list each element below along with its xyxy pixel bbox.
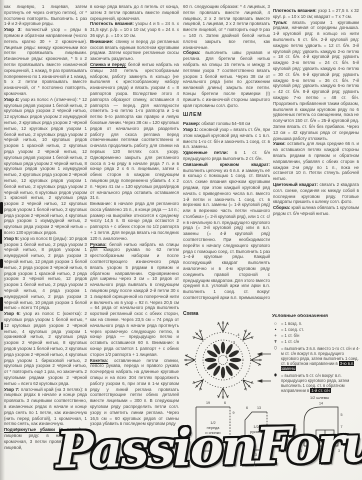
svg-text:6: 6 [246,406,248,410]
paragraph-lead: Узор 7: [4,387,19,392]
text-column-3: 60 п. следующим образом: * 4 лицевых, 3 … [183,4,270,312]
paragraph: 60 п. следующим образом: * 4 лицевых, 3 … [183,4,270,50]
svg-text:6: 6 [224,401,226,405]
stitch-symbol-icon: • [272,327,279,332]
paragraph: Узор 6: узор из полос С (кокетка): 2 кру… [4,311,87,386]
paragraph: Узор 3: волнистый узор = ряды в прямом и… [4,27,87,97]
legend-heading: Условные обозначения [272,314,360,319]
scan-artifact [0,259,3,268]
paragraph: Рукава: белой нитью набрать на спицы для… [90,242,179,358]
paragraph: Плотность вязания: узоры 4 и 5 = 24 п. х… [90,21,179,38]
paragraph: Узор 5: узор из полос В (ряды): 10 рядов… [4,236,87,311]
legend-item: Ŧ= 1 ст. с/н [272,339,360,344]
paragraph-lead: Удвоенные петли: [183,150,228,155]
paragraph-lead: Цветочный квадрат: [273,182,318,187]
magazine-page: как лицевую, 1 лицевая, затем протянуть … [0,0,362,480]
paragraph-lead: Ушки: [273,141,286,146]
paragraph-lead: Сборка: [273,205,290,210]
text-column-1: как лицевую, 1 лицевая, затем протянуть … [4,4,87,476]
paragraph-lead: Связанный крючком квадрат: [183,162,270,167]
paragraph-lead: Узор 6: [4,311,21,316]
legend-item-text: = выполнить 3 в.п. вместо 1-го ст. с/н и… [281,346,360,372]
scan-artifact [1,322,3,330]
paragraph: Связанный крючком квадрат: выполнить цеп… [183,162,270,301]
legend-item-text: = 1 возд. п. [281,321,360,326]
scan-artifact [0,202,3,214]
paragraph-lead: Сборка: [183,50,200,55]
scan-artifact [0,297,3,311]
stitch-symbol-icon: + [272,333,279,338]
paragraph: Узор 4: узор из полос А (отмечено): * 12… [4,97,87,236]
legend-item-text: = 1 соед. ст. [281,327,360,332]
highlighted-phrase: 3-ю в.п. замены [281,361,354,371]
paragraph: Внимание: спинку и перед до регланных ск… [90,39,179,62]
paragraph: Ушки: оставить для лица средние 66 п. и … [273,141,359,182]
paragraph-lead: Узор 5: [4,236,19,241]
paragraph-lead: Плотность вязания: [90,21,134,26]
svg-text:14: 14 [319,402,323,406]
paragraph-lead: Кокетка: [90,358,108,363]
crochet-chart: 1 2 3 4 [179,318,273,402]
highlighted-phrase: 1-й ст. с/н [310,388,330,393]
paragraph: Узор 1: основной узор = вязать ст. б/н, … [183,127,270,150]
legend-item: += 1 ст. б/н [272,333,360,338]
paragraph: Удвоенные петли: в 1 ст. б/н предыдущего… [183,150,270,162]
svg-text:1/2 шлемы: 1/2 шлемы [310,396,329,400]
paragraph-lead: Внимание: [90,39,113,44]
paragraph: Внимание: в начале ряда для регланного с… [90,201,179,242]
paragraph-lead: Спинка и перед: [90,62,126,67]
paragraph: Сборка: выполнить швы рукавов и реглана.… [183,50,270,108]
row-pointer-arrows [258,353,271,383]
paragraph: Цветочный квадрат: связать 2 квадрата со… [273,182,359,205]
paragraph-lead: Рукава: [90,242,107,247]
paragraph-lead: Узор 1: [183,127,198,132]
paragraph: Спинка и перед: белой нитью набрать на с… [90,62,179,201]
chart-petals [205,342,242,379]
section-heading: ШЛЕМ [183,113,270,119]
svg-text:4: 4 [238,333,240,337]
paragraph-lead: Размер: [183,121,200,126]
legend-item-text: = 1 ст. с/н [281,339,360,344]
legend-item: ○= 1 возд. п. [272,321,360,326]
text-column-2: в конце ряда вязать до 4 петель от конца… [90,4,179,450]
legend-items: ○= 1 возд. п.•= 1 соед. ст.+= 1 ст. б/нŦ… [272,321,360,394]
paragraph-lead: Узор 4: [4,97,19,102]
stitch-symbol-icon: ● [272,373,279,401]
legend-item: •= 1 соед. ст. [272,327,360,332]
legend-item: ○= выполнить 3 в.п. вместо 1-го ст. с/н … [272,346,360,372]
svg-text:13: 13 [257,406,261,410]
paragraph: Кокетка: оставленные петли спинки, левог… [90,358,179,428]
text-column-4: Плотность вязания: узор 1 = 27,5 п. х 32… [273,8,359,312]
svg-text:19: 19 [206,401,210,405]
legend-item-text: = выполнить 5 ст. с/н вокруг в.п. предыд… [281,373,360,394]
svg-text:2: 2 [229,348,231,352]
paragraph-lead: Плотность вязания: [273,8,317,13]
svg-text:3: 3 [233,341,235,345]
legend-item: ●= выполнить 5 ст. с/н вокруг в.п. преды… [272,373,360,394]
schema-label: Схема [183,311,198,317]
paragraph-lead: Тулья: [273,20,287,25]
paragraph: Сборка: край шлема обвязать 1 круговым р… [273,205,359,217]
svg-text:9: 9 [233,411,235,415]
watermark: PassionForum.ru [55,411,362,479]
paragraph: как лицевую, 1 лицевая, затем протянуть … [4,4,87,27]
paragraph: в конце ряда вязать до 4 петель от конца… [90,4,179,21]
stitch-symbol-icon: ○ [272,321,279,326]
svg-text:1: 1 [226,355,228,359]
paragraph: Плотность вязания: узор 1 = 27,5 п. х 32… [273,8,359,20]
paragraph: Тулья: вязать узором 1 круговыми рядами,… [273,20,359,142]
paragraph-lead: Узор 3: [4,27,22,32]
legend-item-text: = 1 ст. б/н [281,333,360,338]
scan-artifact [0,229,2,244]
chart-rings [196,333,251,388]
